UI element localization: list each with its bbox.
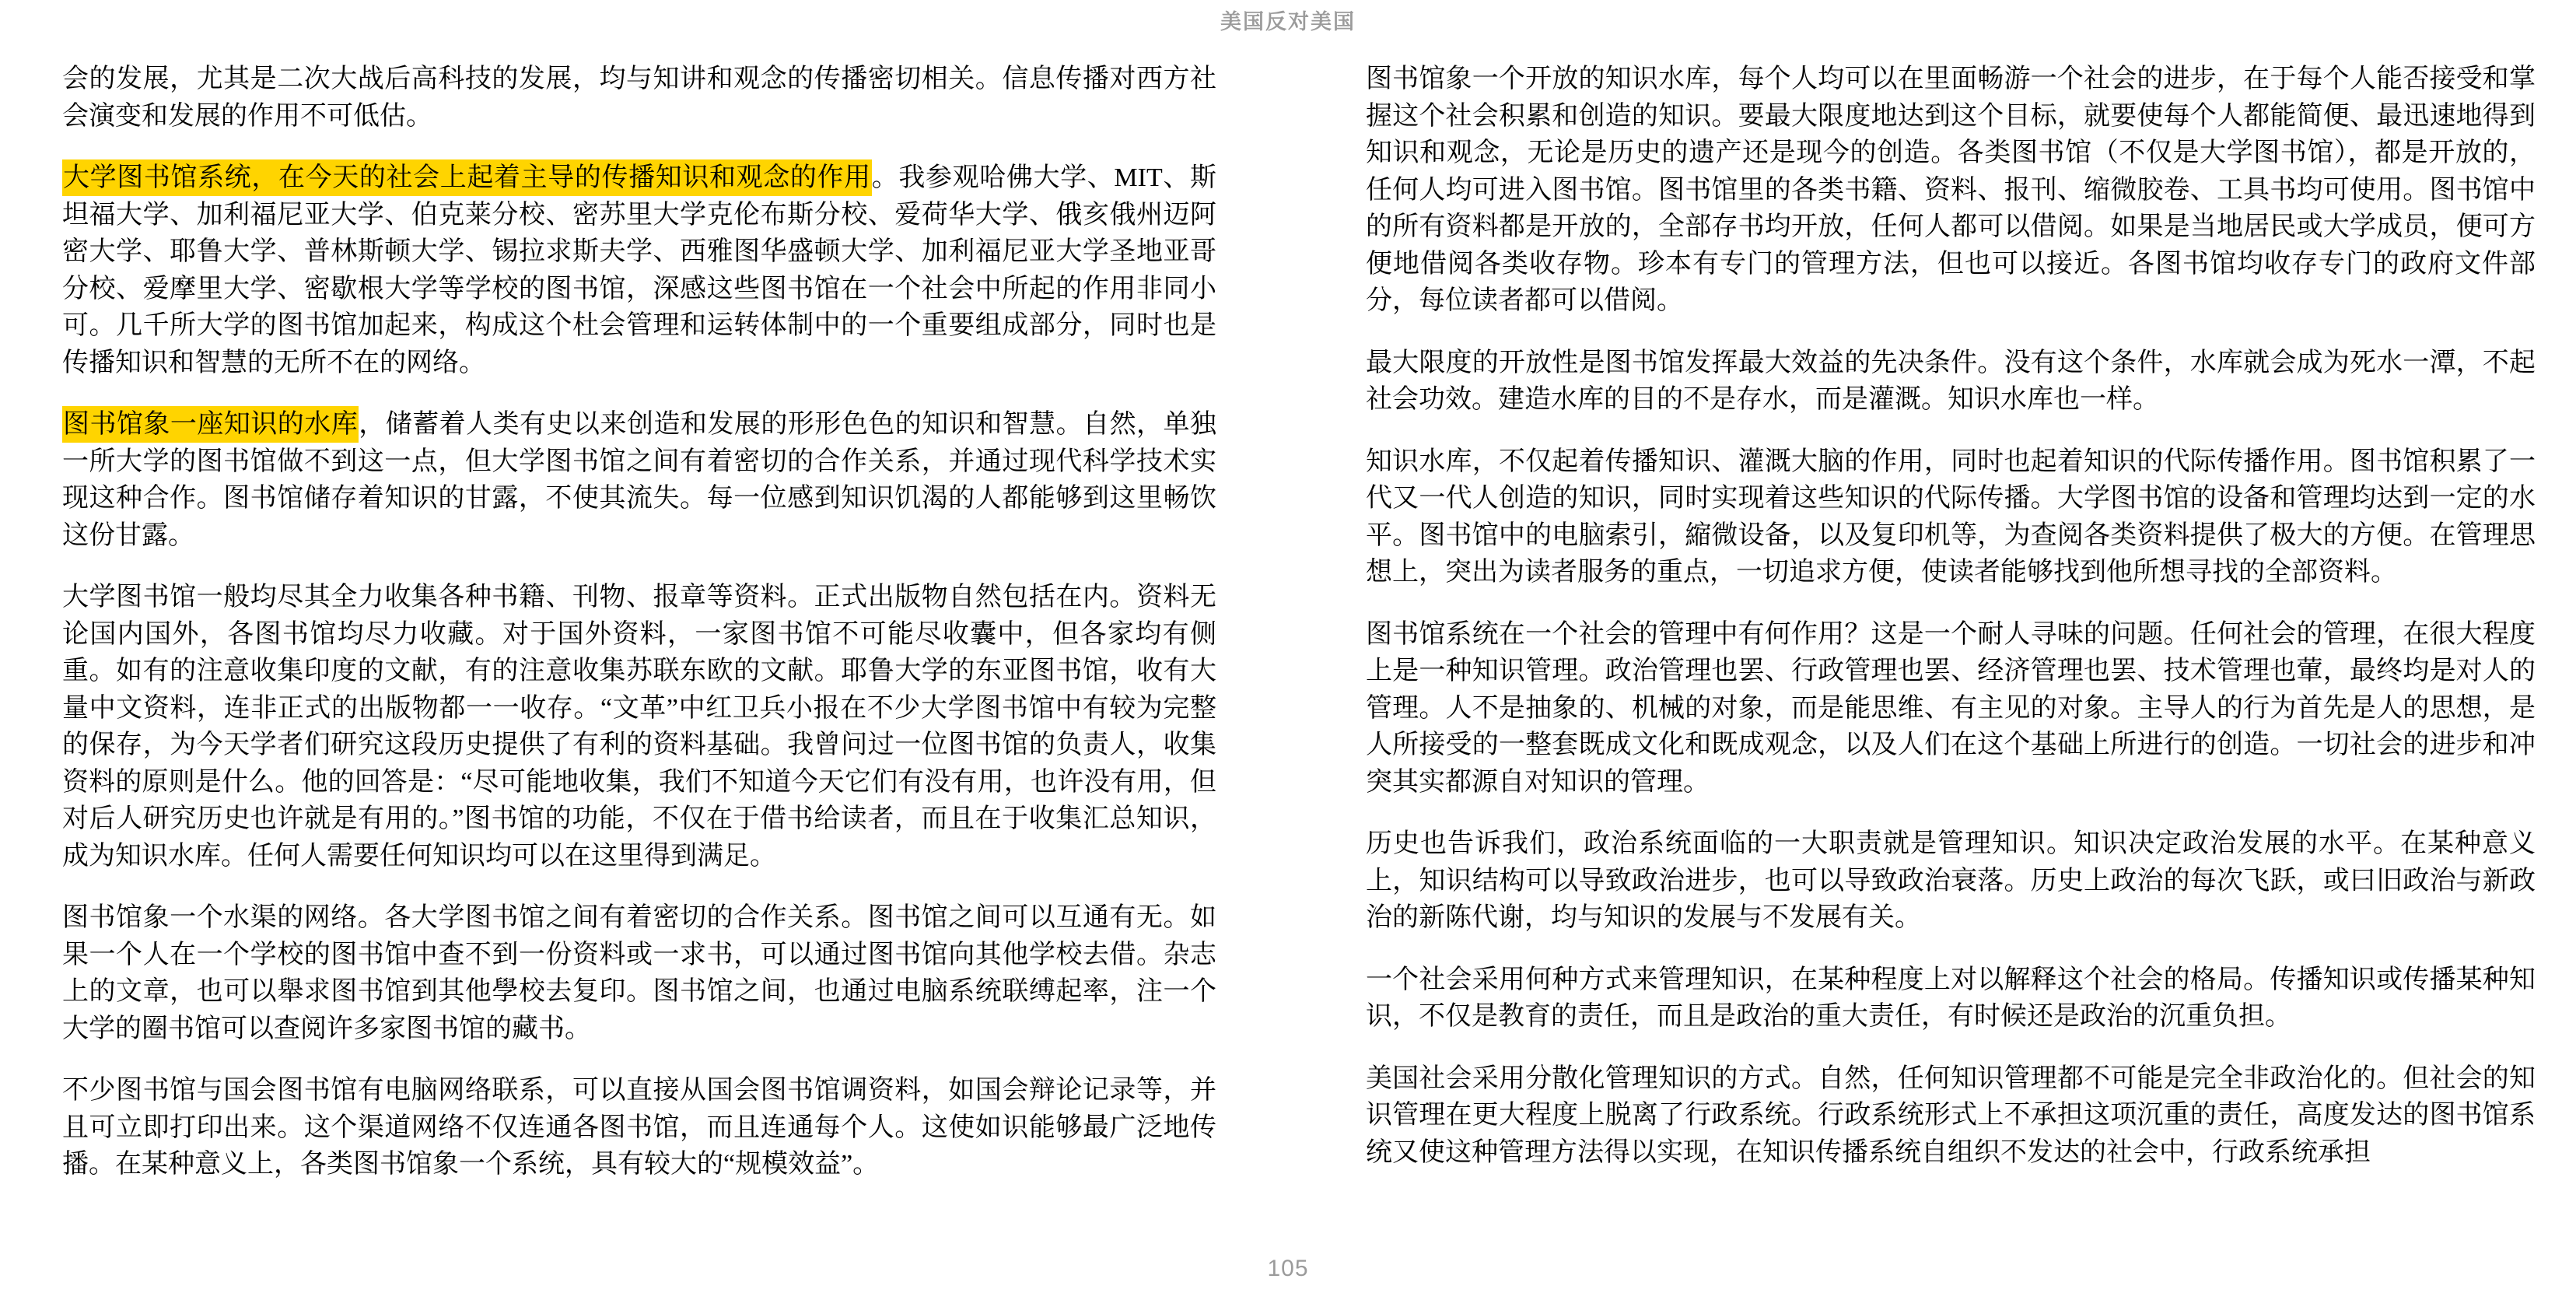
text-segment: 图书馆象一个开放的知识水库，每个人均可以在里面畅游一个社会的进步，在于每个人能否… xyxy=(1366,65,2536,315)
book-page: 美国反对美国 会的发展，尤其是二次大战后高科技的发展，均与知讲和观念的传播密切相… xyxy=(0,0,2576,1293)
text-segment: 不少图书馆与国会图书馆有电脑网络联系，可以直接从国会图书馆调资料，如国会辩论记录… xyxy=(62,1076,1216,1179)
text-segment: 一个社会采用何种方式来管理知识，在某种程度上对以解释这个社会的格局。传播知识或传… xyxy=(1366,965,2536,1032)
paragraph: 历史也告诉我们，政治系统面临的一大职责就是管理知识。知识决定政治发展的水平。在某… xyxy=(1366,825,2536,937)
text-segment: 图书馆系统在一个社会的管理中有何作用？这是一个耐人寻味的问题。任何社会的管理，在… xyxy=(1366,620,2536,797)
text-segment: 知识水库，不仅起着传播知识、灌溉大脑的作用，同时也起着知识的代际传播作用。图书馆… xyxy=(1366,447,2536,587)
paragraph: 最大限度的开放性是图书馆发挥最大效益的先决条件。没有这个条件，水库就会成为死水一… xyxy=(1366,345,2536,419)
paragraph: 大学图书馆系统，在今天的社会上起着主导的传播知识和观念的作用。我参观哈佛大学、M… xyxy=(62,159,1216,381)
paragraph: 知识水库，不仅起着传播知识、灌溉大脑的作用，同时也起着知识的代际传播作用。图书馆… xyxy=(1366,443,2536,591)
text-segment: 最大限度的开放性是图书馆发挥最大效益的先决条件。没有这个条件，水库就会成为死水一… xyxy=(1366,349,2536,415)
page-header-title: 美国反对美国 xyxy=(0,5,2576,35)
left-text-column: 会的发展，尤其是二次大战后高科技的发展，均与知讲和观念的传播密切相关。信息传播对… xyxy=(62,61,1216,1183)
paragraph: 一个社会采用何种方式来管理知识，在某种程度上对以解释这个社会的格局。传播知识或传… xyxy=(1366,962,2536,1035)
right-text-column: 图书馆象一个开放的知识水库，每个人均可以在里面畅游一个社会的进步，在于每个人能否… xyxy=(1366,61,2536,1171)
paragraph: 不少图书馆与国会图书馆有电脑网络联系，可以直接从国会图书馆调资料，如国会辩论记录… xyxy=(62,1072,1216,1183)
text-segment: 大学图书馆一般均尽其全力收集各种书籍、刊物、报章等资料。正式出版物自然包括在内。… xyxy=(62,583,1216,871)
paragraph: 图书馆系统在一个社会的管理中有何作用？这是一个耐人寻味的问题。任何社会的管理，在… xyxy=(1366,616,2536,801)
paragraph: 图书馆象一个水渠的网络。各大学图书馆之间有着密切的合作关系。图书馆之间可以互通有… xyxy=(62,899,1216,1047)
text-segment: 会的发展，尤其是二次大战后高科技的发展，均与知讲和观念的传播密切相关。信息传播对… xyxy=(62,65,1216,131)
highlighted-text: 图书馆象一座知识的水库 xyxy=(62,406,359,443)
paragraph: 美国社会采用分散化管理知识的方式。自然，任何知识管理都不可能是完全非政治化的。但… xyxy=(1366,1060,2536,1172)
text-segment: 美国社会采用分散化管理知识的方式。自然，任何知识管理都不可能是完全非政治化的。但… xyxy=(1366,1064,2536,1167)
paragraph: 图书馆象一个开放的知识水库，每个人均可以在里面畅游一个社会的进步，在于每个人能否… xyxy=(1366,61,2536,320)
paragraph: 图书馆象一座知识的水库，储蓄着人类有史以来创造和发展的形形色色的知识和智慧。自然… xyxy=(62,406,1216,554)
highlighted-text: 大学图书馆系统，在今天的社会上起着主导的传播知识和观念的作用 xyxy=(62,159,872,196)
text-segment: 历史也告诉我们，政治系统面临的一大职责就是管理知识。知识决定政治发展的水平。在某… xyxy=(1366,829,2536,932)
text-segment: 图书馆象一个水渠的网络。各大学图书馆之间有着密切的合作关系。图书馆之间可以互通有… xyxy=(62,903,1216,1043)
paragraph: 大学图书馆一般均尽其全力收集各种书籍、刊物、报章等资料。正式出版物自然包括在内。… xyxy=(62,579,1216,874)
paragraph: 会的发展，尤其是二次大战后高科技的发展，均与知讲和观念的传播密切相关。信息传播对… xyxy=(62,61,1216,135)
page-number: 105 xyxy=(0,1256,2576,1282)
